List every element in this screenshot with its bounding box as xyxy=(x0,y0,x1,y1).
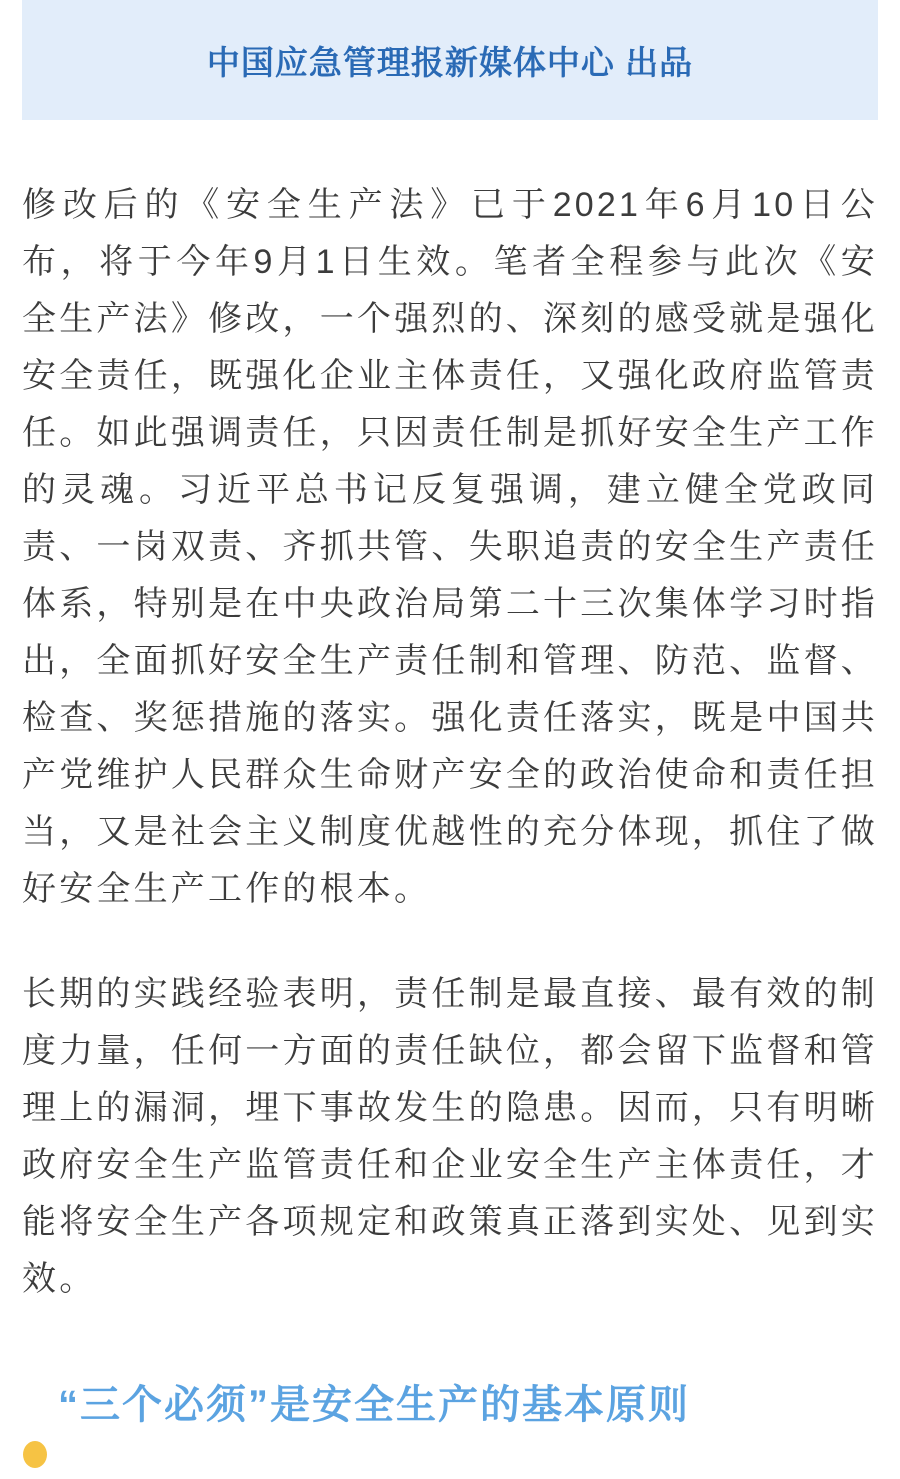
publisher-banner-text: 中国应急管理报新媒体中心 出品 xyxy=(207,37,693,84)
article-page: 中国应急管理报新媒体中心 出品 修改后的《安全生产法》已于2021年6月10日公… xyxy=(0,0,900,1479)
paragraph: 修改后的《安全生产法》已于2021年6月10日公布，将于今年9月1日生效。笔者全… xyxy=(22,177,878,918)
yellow-dot-icon xyxy=(23,1441,47,1468)
article-body: 修改后的《安全生产法》已于2021年6月10日公布，将于今年9月1日生效。笔者全… xyxy=(22,177,878,1468)
publisher-banner: 中国应急管理报新媒体中心 出品 xyxy=(22,0,878,120)
section-heading: “三个必须”是安全生产的基本原则 xyxy=(58,1381,878,1429)
paragraph: 长期的实践经验表明，责任制是最直接、最有效的制度力量，任何一方面的责任缺位，都会… xyxy=(22,966,878,1308)
